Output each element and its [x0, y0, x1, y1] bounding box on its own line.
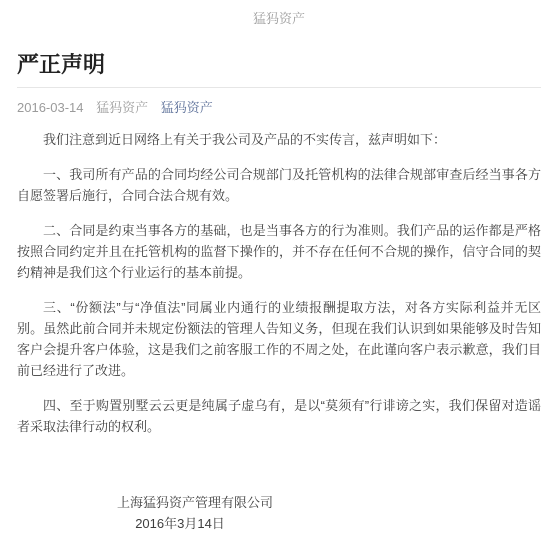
signature-date: 2016年3月14日: [17, 513, 343, 534]
article-body: 我们注意到近日网络上有关于我公司及产品的不实传言，兹声明如下： 一、我司所有产品…: [17, 129, 541, 437]
title-divider: [17, 87, 541, 88]
signature-block: 上海猛犸资产管理有限公司 2016年3月14日: [17, 492, 373, 534]
signature-company: 上海猛犸资产管理有限公司: [17, 492, 373, 513]
article-page: 猛犸资产 严正声明 2016-03-14 猛犸资产 猛犸资产 我们注意到近日网络…: [0, 0, 558, 550]
author-name: 猛犸资产: [96, 100, 148, 115]
article-paragraph-3: 三、“份额法”与“净值法”同属业内通行的业绩报酬提取方法，对各方实际利益并无区别…: [17, 297, 541, 381]
article-title: 严正声明: [17, 53, 541, 77]
publish-date: 2016-03-14: [17, 100, 84, 115]
account-name-header: 猛犸资产: [0, 0, 558, 26]
article-paragraph-1: 一、我司所有产品的合同均经公司合规部门及托管机构的法律合规部审查后经当事各方自愿…: [17, 164, 541, 206]
article-paragraph-4: 四、至于购置别墅云云更是纯属子虚乌有，是以“莫须有”行诽谤之实，我们保留对造谣者…: [17, 395, 541, 437]
account-link[interactable]: 猛犸资产: [161, 100, 213, 115]
article-paragraph-intro: 我们注意到近日网络上有关于我公司及产品的不实传言，兹声明如下：: [17, 129, 541, 150]
article-meta: 2016-03-14 猛犸资产 猛犸资产: [17, 100, 541, 115]
article-content: 严正声明 2016-03-14 猛犸资产 猛犸资产 我们注意到近日网络上有关于我…: [0, 53, 558, 534]
article-paragraph-2: 二、合同是约束当事各方的基础，也是当事各方的行为准则。我们产品的运作都是严格按照…: [17, 220, 541, 283]
